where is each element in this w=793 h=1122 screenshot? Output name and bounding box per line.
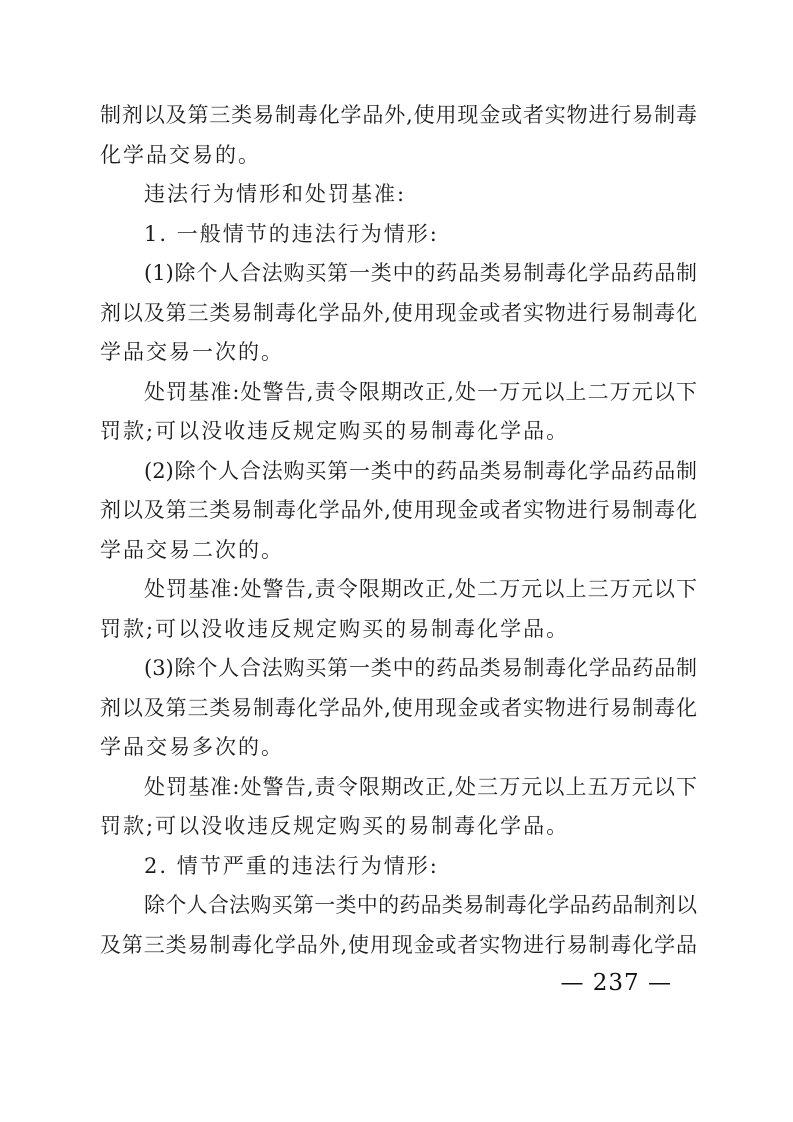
text-line: (3)除个人合法购买第一类中的药品类易制毒化学品药品制 [100,649,697,689]
text-line: 罚款;可以没收违反规定购买的易制毒化学品。 [100,412,697,452]
text-line: 剂以及第三类易制毒化学品外,使用现金或者实物进行易制毒化 [100,491,697,531]
text-line: 剂以及第三类易制毒化学品外,使用现金或者实物进行易制毒化 [100,294,697,334]
text-line: 及第三类易制毒化学品外,使用现金或者实物进行易制毒化学品 [100,926,697,966]
text-block: 制剂以及第三类易制毒化学品外,使用现金或者实物进行易制毒 化学品交易的。 违法行… [100,96,697,965]
text-line: 1. 一般情节的违法行为情形: [100,215,697,255]
text-line: 罚款;可以没收违反规定购买的易制毒化学品。 [100,610,697,650]
text-line: 处罚基准:处警告,责令限期改正,处一万元以上二万元以下 [100,373,697,413]
text-line: 罚款;可以没收违反规定购买的易制毒化学品。 [100,807,697,847]
text-line: 处罚基准:处警告,责令限期改正,处三万元以上五万元以下 [100,768,697,808]
text-line: 学品交易二次的。 [100,531,697,571]
text-line: 学品交易一次的。 [100,333,697,373]
text-line: 2. 情节严重的违法行为情形: [100,847,697,887]
document-page: 制剂以及第三类易制毒化学品外,使用现金或者实物进行易制毒 化学品交易的。 违法行… [0,0,793,1122]
text-line: 化学品交易的。 [100,136,697,176]
text-line: 制剂以及第三类易制毒化学品外,使用现金或者实物进行易制毒 [100,96,697,136]
page-number: — 237 — [560,969,672,997]
text-line: (2)除个人合法购买第一类中的药品类易制毒化学品药品制 [100,452,697,492]
text-line: 剂以及第三类易制毒化学品外,使用现金或者实物进行易制毒化 [100,689,697,729]
text-line: 处罚基准:处警告,责令限期改正,处二万元以上三万元以下 [100,570,697,610]
text-line: 学品交易多次的。 [100,728,697,768]
text-line: (1)除个人合法购买第一类中的药品类易制毒化学品药品制 [100,254,697,294]
text-line: 除个人合法购买第一类中的药品类易制毒化学品药品制剂以 [100,886,697,926]
text-line: 违法行为情形和处罚基准: [100,175,697,215]
